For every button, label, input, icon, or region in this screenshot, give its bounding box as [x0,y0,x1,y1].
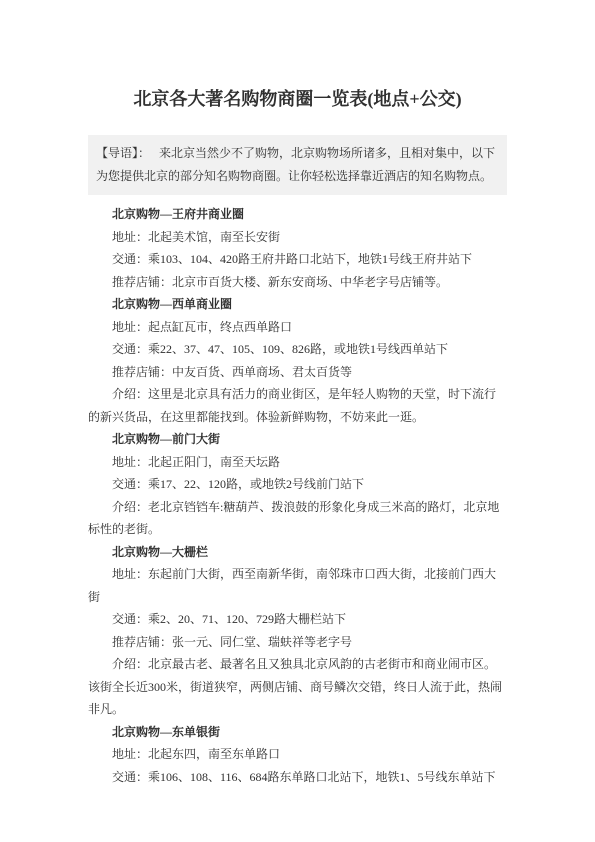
section-line-transit: 交通：乘17、22、120路，或地铁2号线前门站下 [88,473,507,496]
document-title: 北京各大著名购物商圈一览表(地点+公交) [88,86,507,112]
section-heading-xidan: 北京购物—西单商业圈 [88,293,507,316]
section-line-shops: 推荐店铺：北京市百货大楼、新东安商场、中华老字号店铺等。 [88,271,507,294]
section-line-description: 介绍：老北京铛铛车:糖葫芦、拨浪鼓的形象化身成三米高的路灯，北京地标性的老街。 [88,496,507,541]
intro-paragraph: 【导语】：来北京当然少不了购物，北京购物场所诸多，且相对集中，以下为您提供北京的… [96,142,499,188]
section-line-address: 地址：东起前门大街，西至南新华街，南邻珠市口西大街，北接前门西大街 [88,563,507,608]
section-line-address: 地址：北起东四，南至东单路口 [88,743,507,766]
section-line-transit: 交通：乘2、20、71、120、729路大栅栏站下 [88,608,507,631]
section-heading-wangfujing: 北京购物—王府井商业圈 [88,203,507,226]
document-page: 北京各大著名购物商圈一览表(地点+公交) 【导语】：来北京当然少不了购物，北京购… [0,0,595,842]
intro-text: 来北京当然少不了购物，北京购物场所诸多，且相对集中，以下为您提供北京的部分知名购… [96,146,495,183]
section-heading-dashilan: 北京购物—大栅栏 [88,541,507,564]
section-heading-qianmen: 北京购物—前门大街 [88,428,507,451]
section-line-shops: 推荐店铺：张一元、同仁堂、瑞蚨祥等老字号 [88,631,507,654]
section-line-address: 地址：起点缸瓦市，终点西单路口 [88,316,507,339]
section-line-shops: 推荐店铺：中友百货、西单商场、君太百货等 [88,361,507,384]
section-line-transit: 交通：乘103、104、420路王府井路口北站下，地铁1号线王府井站下 [88,248,507,271]
section-line-transit: 交通：乘22、37、47、105、109、826路，或地铁1号线西单站下 [88,338,507,361]
intro-box: 【导语】：来北京当然少不了购物，北京购物场所诸多，且相对集中，以下为您提供北京的… [88,135,507,195]
section-heading-dongdan: 北京购物—东单银街 [88,721,507,744]
section-line-transit: 交通：乘106、108、116、684路东单路口北站下，地铁1、5号线东单站下 [88,766,507,789]
section-line-description: 介绍：北京最古老、最著名且又独具北京风韵的古老街市和商业闹市区。该街全长近300… [88,653,507,721]
section-line-address: 地址：北起正阳门，南至天坛路 [88,451,507,474]
section-line-address: 地址：北起美术馆，南至长安街 [88,226,507,249]
intro-label: 【导语】： [96,146,150,160]
document-body: 北京购物—王府井商业圈 地址：北起美术馆，南至长安街 交通：乘103、104、4… [88,203,507,788]
section-line-description: 介绍：这里是北京具有活力的商业街区，是年轻人购物的天堂，时下流行的新兴货品，在这… [88,383,507,428]
